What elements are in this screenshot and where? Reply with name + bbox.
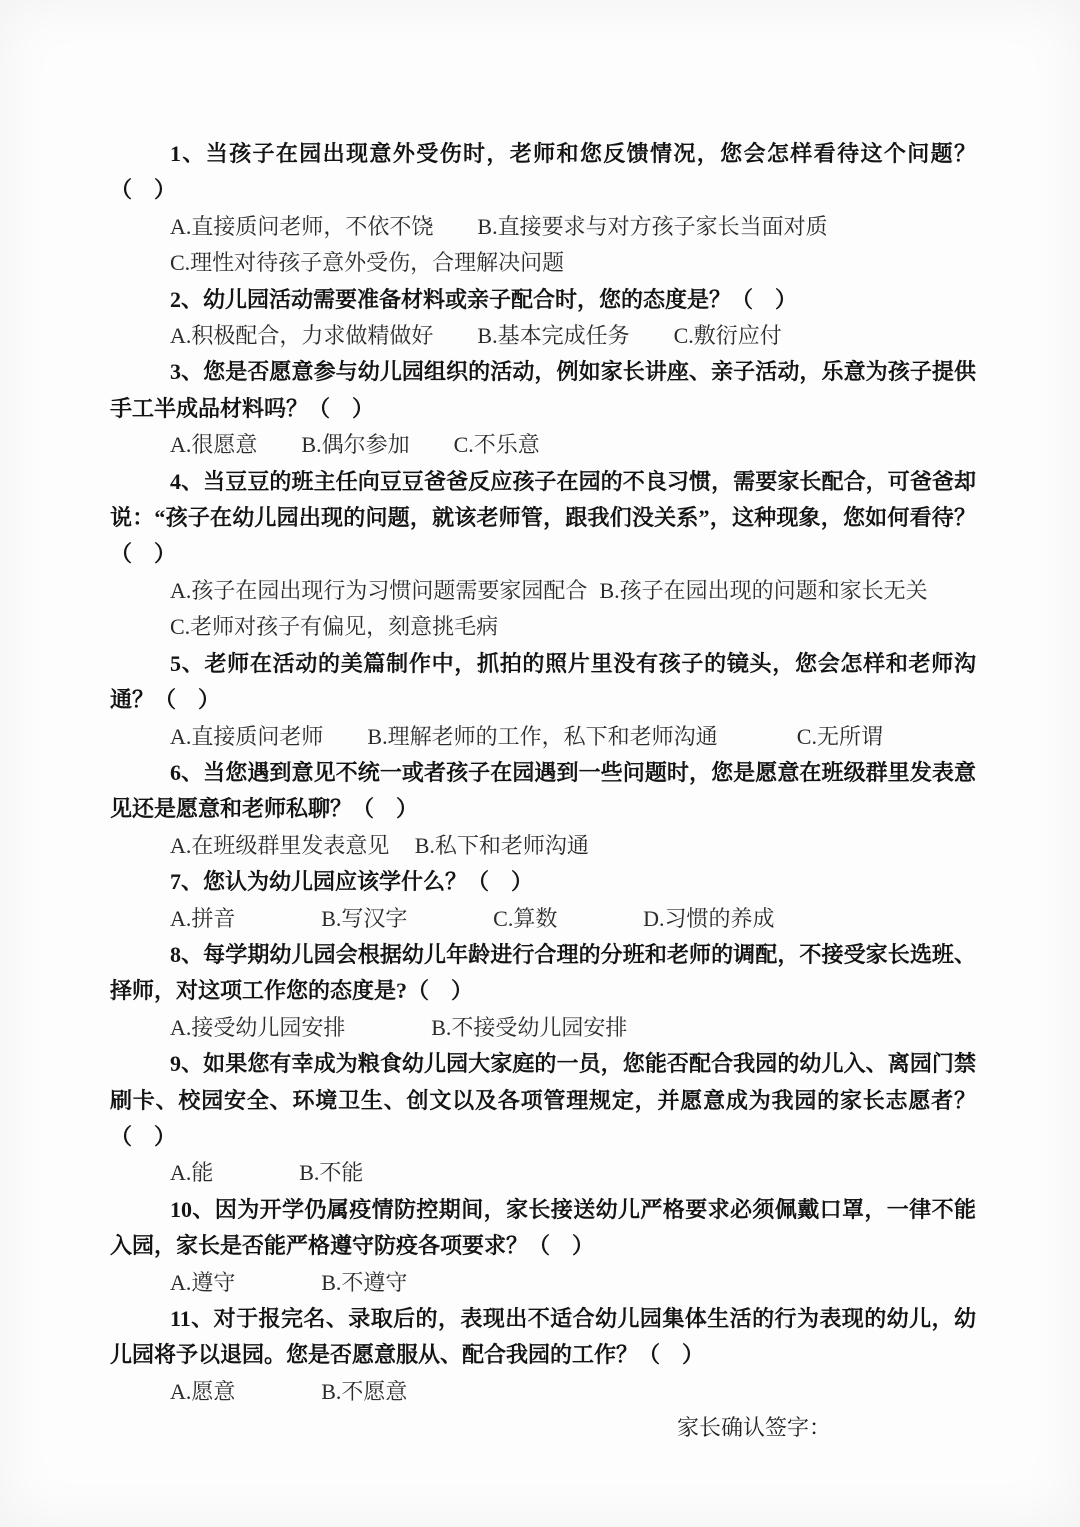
question-7: 7、您认为幼儿园应该学什么？（ ） A.拼音B.写汉字C.算数D.习惯的养成 [110,864,976,937]
signature-label: 家长确认签字： [110,1410,976,1446]
question-10-option-b: B.不遵守 [321,1270,407,1295]
question-3-text: 3、您是否愿意参与幼儿园组织的活动，例如家长讲座、亲子活动，乐意为孩子提供手工半… [110,354,976,427]
question-6-number: 6、 [170,760,203,785]
question-1-text: 1、当孩子在园出现意外受伤时，老师和您反馈情况，您会怎样看待这个问题？（ ） [110,136,976,209]
question-3-option-a: A.很愿意 [170,432,257,457]
question-1-option-a: A.直接质问老师，不依不饶 [170,214,433,239]
question-7-option-d: D.习惯的养成 [643,906,774,931]
question-6-option-a: A.在班级群里发表意见 [170,833,389,858]
question-10-number: 10、 [170,1197,215,1222]
question-5-option-a: A.直接质问老师 [170,724,323,749]
questionnaire: 1、当孩子在园出现意外受伤时，老师和您反馈情况，您会怎样看待这个问题？（ ） A… [110,136,976,1447]
question-5-options-line-1: A.直接质问老师B.理解老师的工作，私下和老师沟通C.无所谓 [110,719,976,755]
question-3-stem: 您是否愿意参与幼儿园组织的活动，例如家长讲座、亲子活动，乐意为孩子提供手工半成品… [110,359,976,420]
question-11-option-a: A.愿意 [170,1379,235,1404]
question-1-option-b: B.直接要求与对方孩子家长当面对质 [477,214,827,239]
question-8-option-b: B.不接受幼儿园安排 [431,1015,627,1040]
question-7-option-b: B.写汉字 [321,906,407,931]
question-3: 3、您是否愿意参与幼儿园组织的活动，例如家长讲座、亲子活动，乐意为孩子提供手工半… [110,354,976,463]
question-1-options-line-1: A.直接质问老师，不依不饶B.直接要求与对方孩子家长当面对质 [110,209,976,245]
question-7-text: 7、您认为幼儿园应该学什么？（ ） [110,864,976,900]
question-9-text: 9、如果您有幸成为粮食幼儿园大家庭的一员，您能否配合我园的幼儿入、离园门禁刷卡、… [110,1046,976,1155]
question-9-number: 9、 [170,1051,203,1076]
question-3-option-c: C.不乐意 [454,432,540,457]
question-5-option-c: C.无所谓 [797,724,883,749]
question-9-option-b: B.不能 [299,1160,363,1185]
question-4-options-line-1: A.孩子在园出现行为习惯问题需要家园配合B.孩子在园出现的问题和家长无关 [110,573,976,609]
question-1-option-c: C.理性对待孩子意外受伤，合理解决问题 [170,250,564,275]
question-2-option-b: B.基本完成任务 [477,323,629,348]
question-11-stem: 对于报完名、录取后的，表现出不适合幼儿园集体生活的行为表现的幼儿，幼儿园将予以退… [110,1306,976,1367]
question-9-option-a: A.能 [170,1160,213,1185]
question-4-option-a: A.孩子在园出现行为习惯问题需要家园配合 [170,578,587,603]
question-4-text: 4、当豆豆的班主任向豆豆爸爸反应孩子在园的不良习惯，需要家长配合，可爸爸却说：“… [110,464,976,573]
question-2-option-a: A.积极配合，力求做精做好 [170,323,433,348]
question-1-number: 1、 [170,141,206,166]
question-4: 4、当豆豆的班主任向豆豆爸爸反应孩子在园的不良习惯，需要家长配合，可爸爸却说：“… [110,464,976,646]
question-11-number: 11、 [170,1306,214,1331]
question-10: 10、因为开学仍属疫情防控期间，家长接送幼儿严格要求必须佩戴口罩，一律不能入园，… [110,1192,976,1301]
question-11-text: 11、对于报完名、录取后的，表现出不适合幼儿园集体生活的行为表现的幼儿，幼儿园将… [110,1301,976,1374]
question-8-number: 8、 [170,942,203,967]
question-2-option-c: C.敷衍应付 [674,323,782,348]
question-2-stem: 幼儿园活动需要准备材料或亲子配合时，您的态度是？（ ） [203,287,797,312]
question-10-text: 10、因为开学仍属疫情防控期间，家长接送幼儿严格要求必须佩戴口罩，一律不能入园，… [110,1192,976,1265]
question-11-option-b: B.不愿意 [321,1379,407,1404]
question-6-text: 6、当您遇到意见不统一或者孩子在园遇到一些问题时，您是愿意在班级群里发表意见还是… [110,755,976,828]
question-1: 1、当孩子在园出现意外受伤时，老师和您反馈情况，您会怎样看待这个问题？（ ） A… [110,136,976,282]
question-4-stem: 当豆豆的班主任向豆豆爸爸反应孩子在园的不良习惯，需要家长配合，可爸爸却说：“孩子… [110,469,976,567]
question-8-option-a: A.接受幼儿园安排 [170,1015,345,1040]
question-3-options-line-1: A.很愿意B.偶尔参加C.不乐意 [110,427,976,463]
question-4-number: 4、 [170,469,203,494]
question-1-stem: 当孩子在园出现意外受伤时，老师和您反馈情况，您会怎样看待这个问题？（ ） [110,141,976,202]
question-5-stem: 老师在活动的美篇制作中，抓拍的照片里没有孩子的镜头，您会怎样和老师沟通？（ ） [110,651,976,712]
question-2: 2、幼儿园活动需要准备材料或亲子配合时，您的态度是？（ ） A.积极配合，力求做… [110,282,976,355]
question-3-option-b: B.偶尔参加 [301,432,409,457]
question-3-number: 3、 [170,359,203,384]
question-8-options-line-1: A.接受幼儿园安排B.不接受幼儿园安排 [110,1010,976,1046]
question-7-option-c: C.算数 [493,906,557,931]
question-5: 5、老师在活动的美篇制作中，抓拍的照片里没有孩子的镜头，您会怎样和老师沟通？（ … [110,646,976,755]
question-5-number: 5、 [170,651,204,676]
question-1-options-line-2: C.理性对待孩子意外受伤，合理解决问题 [110,245,976,281]
question-7-stem: 您认为幼儿园应该学什么？（ ） [203,869,533,894]
question-10-options-line-1: A.遵守B.不遵守 [110,1265,976,1301]
question-8: 8、每学期幼儿园会根据幼儿年龄进行合理的分班和老师的调配，不接受家长选班、择师，… [110,937,976,1046]
question-9-stem: 如果您有幸成为粮食幼儿园大家庭的一员，您能否配合我园的幼儿入、离园门禁刷卡、校园… [110,1051,976,1149]
question-9: 9、如果您有幸成为粮食幼儿园大家庭的一员，您能否配合我园的幼儿入、离园门禁刷卡、… [110,1046,976,1192]
question-7-options-line-1: A.拼音B.写汉字C.算数D.习惯的养成 [110,901,976,937]
question-2-text: 2、幼儿园活动需要准备材料或亲子配合时，您的态度是？（ ） [110,282,976,318]
question-6-option-b: B.私下和老师沟通 [415,833,589,858]
question-11: 11、对于报完名、录取后的，表现出不适合幼儿园集体生活的行为表现的幼儿，幼儿园将… [110,1301,976,1410]
question-10-stem: 因为开学仍属疫情防控期间，家长接送幼儿严格要求必须佩戴口罩，一律不能入园，家长是… [110,1197,976,1258]
document-page: 1、当孩子在园出现意外受伤时，老师和您反馈情况，您会怎样看待这个问题？（ ） A… [0,0,1080,1527]
question-8-text: 8、每学期幼儿园会根据幼儿年龄进行合理的分班和老师的调配，不接受家长选班、择师，… [110,937,976,1010]
question-2-options-line-1: A.积极配合，力求做精做好B.基本完成任务C.敷衍应付 [110,318,976,354]
question-10-option-a: A.遵守 [170,1270,235,1295]
question-7-option-a: A.拼音 [170,906,235,931]
question-2-number: 2、 [170,287,203,312]
question-4-option-b: B.孩子在园出现的问题和家长无关 [599,578,927,603]
question-11-options-line-1: A.愿意B.不愿意 [110,1374,976,1410]
question-6: 6、当您遇到意见不统一或者孩子在园遇到一些问题时，您是愿意在班级群里发表意见还是… [110,755,976,864]
question-6-options-line-1: A.在班级群里发表意见B.私下和老师沟通 [110,828,976,864]
question-8-stem: 每学期幼儿园会根据幼儿年龄进行合理的分班和老师的调配，不接受家长选班、择师，对这… [110,942,976,1003]
question-9-options-line-1: A.能B.不能 [110,1155,976,1191]
question-6-stem: 当您遇到意见不统一或者孩子在园遇到一些问题时，您是愿意在班级群里发表意见还是愿意… [110,760,976,821]
question-5-option-b: B.理解老师的工作，私下和老师沟通 [367,724,717,749]
question-5-text: 5、老师在活动的美篇制作中，抓拍的照片里没有孩子的镜头，您会怎样和老师沟通？（ … [110,646,976,719]
question-7-number: 7、 [170,869,203,894]
question-4-options-line-2: C.老师对孩子有偏见，刻意挑毛病 [110,609,976,645]
question-4-option-c: C.老师对孩子有偏见，刻意挑毛病 [170,614,498,639]
